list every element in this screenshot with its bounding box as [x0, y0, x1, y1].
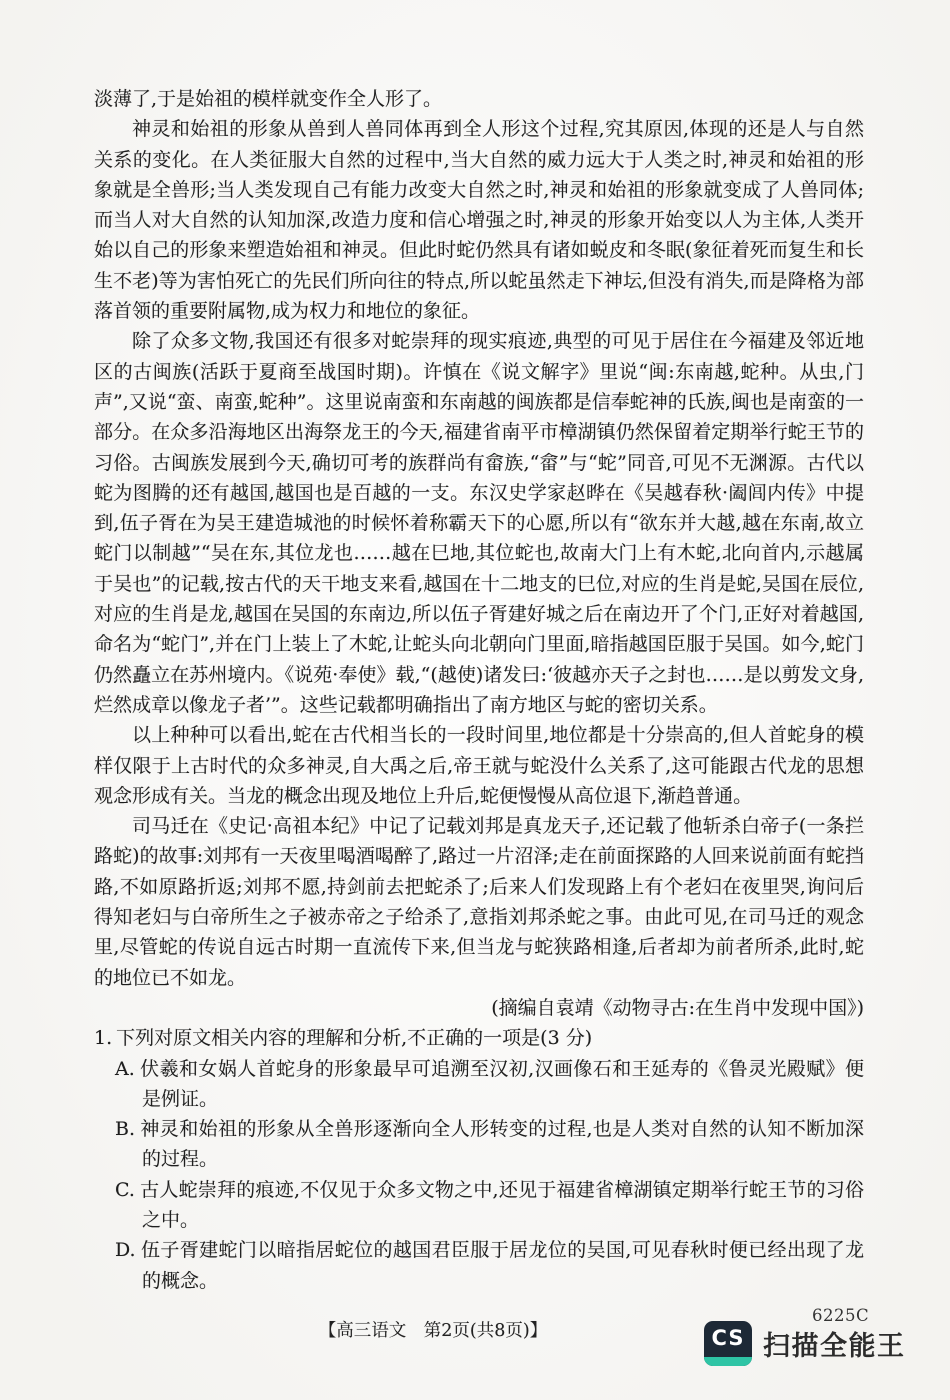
passage-paragraph: 神灵和始祖的形象从兽到人兽同体再到全人形这个过程,究其原因,体现的还是人与自然关… — [94, 114, 864, 326]
option-a-text: 伏羲和女娲人首蛇身的形象最早可追溯至汉初,汉画像石和王延寿的《鲁灵光殿赋》便是例… — [140, 1058, 864, 1110]
option-b-label: B. — [115, 1118, 135, 1140]
footer-page-info-text: 【高三语文 第2页(共8页)】 — [319, 1321, 547, 1341]
exam-passage: 淡薄了,于是始祖的模样就变作全人形了。 神灵和始祖的形象从兽到人兽同体再到全人形… — [94, 84, 864, 1296]
passage-paragraph: 除了众多文物,我国还有很多对蛇崇拜的现实痕迹,典型的可见于居住在今福建及邻近地区… — [94, 326, 864, 720]
option-d-text: 伍子胥建蛇门以暗指居蛇位的越国君臣服于居龙位的吴国,可见春秋时便已经出现了龙的概… — [141, 1239, 864, 1291]
scanned-exam-page: { "page": { "background": "#f9f8f6", "te… — [0, 0, 950, 1400]
option-a-label: A. — [115, 1058, 135, 1080]
option-b: B.神灵和始祖的形象从全兽形逐渐向全人形转变的过程,也是人类对自然的认知不断加深… — [115, 1114, 864, 1175]
scan-code: 6225C — [812, 1306, 869, 1325]
option-a: A.伏羲和女娲人首蛇身的形象最早可追溯至汉初,汉画像石和王延寿的《鲁灵光殿赋》便… — [115, 1054, 864, 1115]
question-number: 1. — [94, 1027, 112, 1049]
passage-paragraph: 淡薄了,于是始祖的模样就变作全人形了。 — [94, 84, 864, 114]
camscanner-watermark-text: 扫描全能王 — [763, 1324, 906, 1363]
passage-paragraph: 司马迁在《史记·高祖本纪》中记了记载刘邦是真龙天子,还记载了他斩杀白帝子(一条拦… — [94, 811, 864, 993]
passage-attribution: (摘编自袁靖《动物寻古:在生肖中发现中国》) — [94, 993, 864, 1023]
question-1: 1.下列对原文相关内容的理解和分析,不正确的一项是(3 分) A.伏羲和女娲人首… — [94, 1023, 864, 1296]
camscanner-logo-accent-strip — [704, 1357, 752, 1366]
question-stem-text: 下列对原文相关内容的理解和分析,不正确的一项是(3 分) — [116, 1027, 592, 1049]
camscanner-logo-text: CS — [704, 1321, 752, 1356]
option-c: C.古人蛇崇拜的痕迹,不仅见于众多文物之中,还见于福建省樟湖镇定期举行蛇王节的习… — [115, 1175, 864, 1236]
passage-paragraph: 以上种种可以看出,蛇在古代相当长的一段时间里,地位都是十分崇高的,但人首蛇身的模… — [94, 720, 864, 811]
option-d-label: D. — [115, 1239, 136, 1261]
option-b-text: 神灵和始祖的形象从全兽形逐渐向全人形转变的过程,也是人类对自然的认知不断加深的过… — [140, 1118, 864, 1170]
question-stem: 1.下列对原文相关内容的理解和分析,不正确的一项是(3 分) — [94, 1023, 864, 1053]
option-d: D.伍子胥建蛇门以暗指居蛇位的越国君臣服于居龙位的吴国,可见春秋时便已经出现了龙… — [115, 1235, 864, 1296]
option-c-text: 古人蛇崇拜的痕迹,不仅见于众多文物之中,还见于福建省樟湖镇定期举行蛇王节的习俗之… — [140, 1179, 864, 1231]
option-c-label: C. — [115, 1179, 135, 1201]
camscanner-logo-icon: CS — [704, 1321, 752, 1366]
